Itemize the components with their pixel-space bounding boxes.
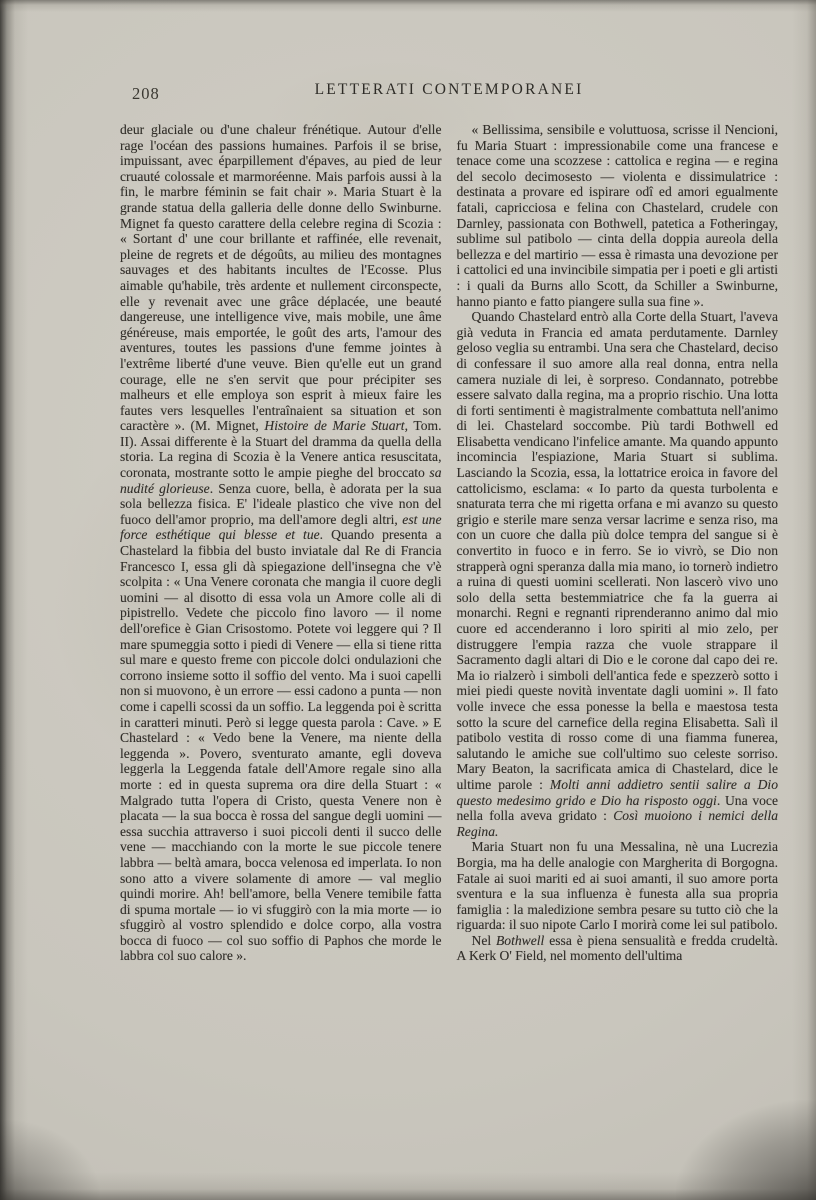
page-header: 208 LETTERATI CONTEMPORANEI bbox=[120, 78, 778, 122]
scan-corner-shadow bbox=[676, 1100, 816, 1200]
paragraph: deur glaciale ou d'une chaleur frénétiqu… bbox=[120, 122, 442, 964]
scan-corner-shadow bbox=[0, 1120, 100, 1200]
paragraph: Maria Stuart non fu una Messalina, nè un… bbox=[457, 839, 779, 933]
text-column-right: « Bellissima, sensibile e voluttuosa, sc… bbox=[457, 122, 779, 964]
paragraph: « Bellissima, sensibile e voluttuosa, sc… bbox=[457, 122, 779, 309]
text-column-left: deur glaciale ou d'une chaleur frénétiqu… bbox=[120, 122, 442, 964]
paragraph: Nel Bothwell essa è piena sensualità e f… bbox=[457, 933, 779, 964]
scan-edge-shadow-right bbox=[792, 0, 816, 1200]
book-page: 208 LETTERATI CONTEMPORANEI deur glacial… bbox=[120, 78, 778, 964]
page-number: 208 bbox=[132, 84, 160, 104]
paragraph: Quando Chastelard entrò alla Corte della… bbox=[457, 309, 779, 839]
text-columns: deur glaciale ou d'une chaleur frénétiqu… bbox=[120, 122, 778, 964]
scan-edge-shadow-left bbox=[0, 0, 28, 1200]
scan-edge-shadow-top bbox=[0, 0, 816, 12]
running-title: LETTERATI CONTEMPORANEI bbox=[120, 78, 778, 99]
